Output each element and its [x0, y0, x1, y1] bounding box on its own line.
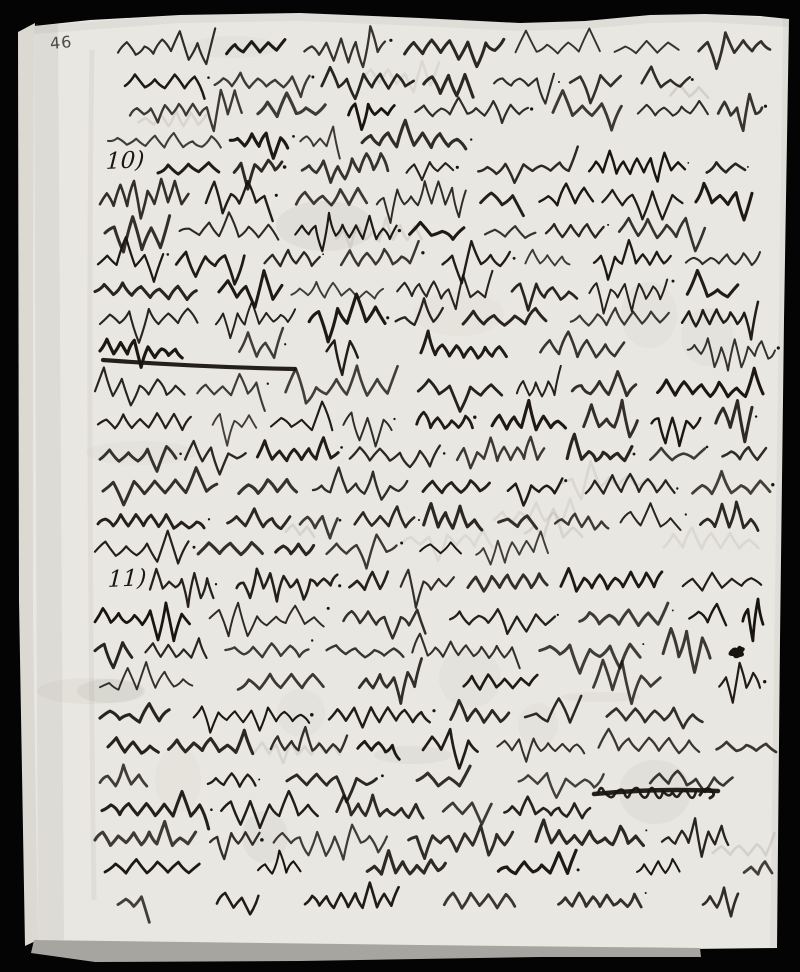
ink-dot: [470, 138, 472, 140]
ink-dot: [764, 105, 767, 108]
ink-dot: [400, 542, 403, 545]
ink-dot: [210, 808, 213, 811]
ink-dot: [311, 76, 314, 79]
ink-dot: [292, 135, 295, 138]
page-number: 46: [49, 32, 73, 53]
ink-dot: [193, 546, 196, 549]
ink-dot: [381, 774, 384, 777]
ink-dot: [685, 513, 687, 515]
list-marker-10: 10): [105, 147, 145, 175]
ink-dot: [327, 607, 330, 610]
ink-dot: [672, 280, 675, 283]
ink-dot: [311, 639, 313, 641]
list-marker-11: 11): [107, 565, 147, 593]
ink-dot: [763, 680, 766, 683]
ink-dot: [577, 868, 580, 871]
ink-dot: [207, 76, 210, 79]
ink-dot: [421, 251, 424, 254]
ink-dot: [676, 487, 678, 489]
ink-dot: [530, 107, 533, 110]
scan-background: 46 10) 11): [0, 0, 800, 972]
ink-dot: [747, 166, 749, 168]
ink-dot: [456, 166, 459, 169]
ink-dot: [167, 253, 170, 256]
manuscript-scan: [0, 0, 800, 972]
paper-stain: [86, 441, 196, 465]
ink-dot: [389, 39, 392, 42]
ink-dot: [275, 194, 278, 197]
ink-dot: [339, 519, 342, 522]
ink-dot: [284, 343, 286, 345]
ink-dot: [558, 81, 560, 83]
ink-dot: [260, 838, 264, 842]
ink-dot: [310, 713, 314, 717]
ink-dot: [777, 346, 780, 349]
ink-dot: [322, 253, 324, 255]
ink-dot: [338, 584, 341, 587]
ink-dot: [340, 446, 343, 449]
ink-dot: [513, 257, 516, 260]
ink-dot: [208, 518, 210, 520]
ink-dot: [633, 453, 636, 456]
ink-dot: [473, 416, 476, 419]
ink-dot: [215, 583, 217, 585]
ink-dot: [755, 415, 757, 417]
ink-dot: [672, 609, 674, 611]
ink-dot: [645, 892, 647, 894]
ink-dot: [393, 418, 395, 420]
ink-dot: [607, 224, 609, 226]
ink-dot: [691, 78, 694, 81]
ink-dot: [687, 162, 689, 164]
ink-dot: [557, 614, 559, 616]
ink-dot: [432, 709, 435, 712]
ink-dot: [398, 229, 401, 232]
ink-dot: [179, 453, 182, 456]
ink-dot: [267, 383, 269, 385]
ink-dot: [706, 446, 709, 449]
ink-dot: [258, 779, 260, 781]
paper-stain: [414, 292, 504, 336]
ink-dot: [642, 643, 644, 645]
ink-dot: [645, 829, 647, 831]
ink-dot: [418, 519, 420, 521]
ink-dot: [443, 452, 446, 455]
ink-dot: [564, 479, 567, 482]
ink-dot: [771, 483, 774, 486]
ink-dot: [386, 316, 389, 319]
paper-stain: [37, 678, 143, 704]
ink-dot: [283, 165, 287, 169]
